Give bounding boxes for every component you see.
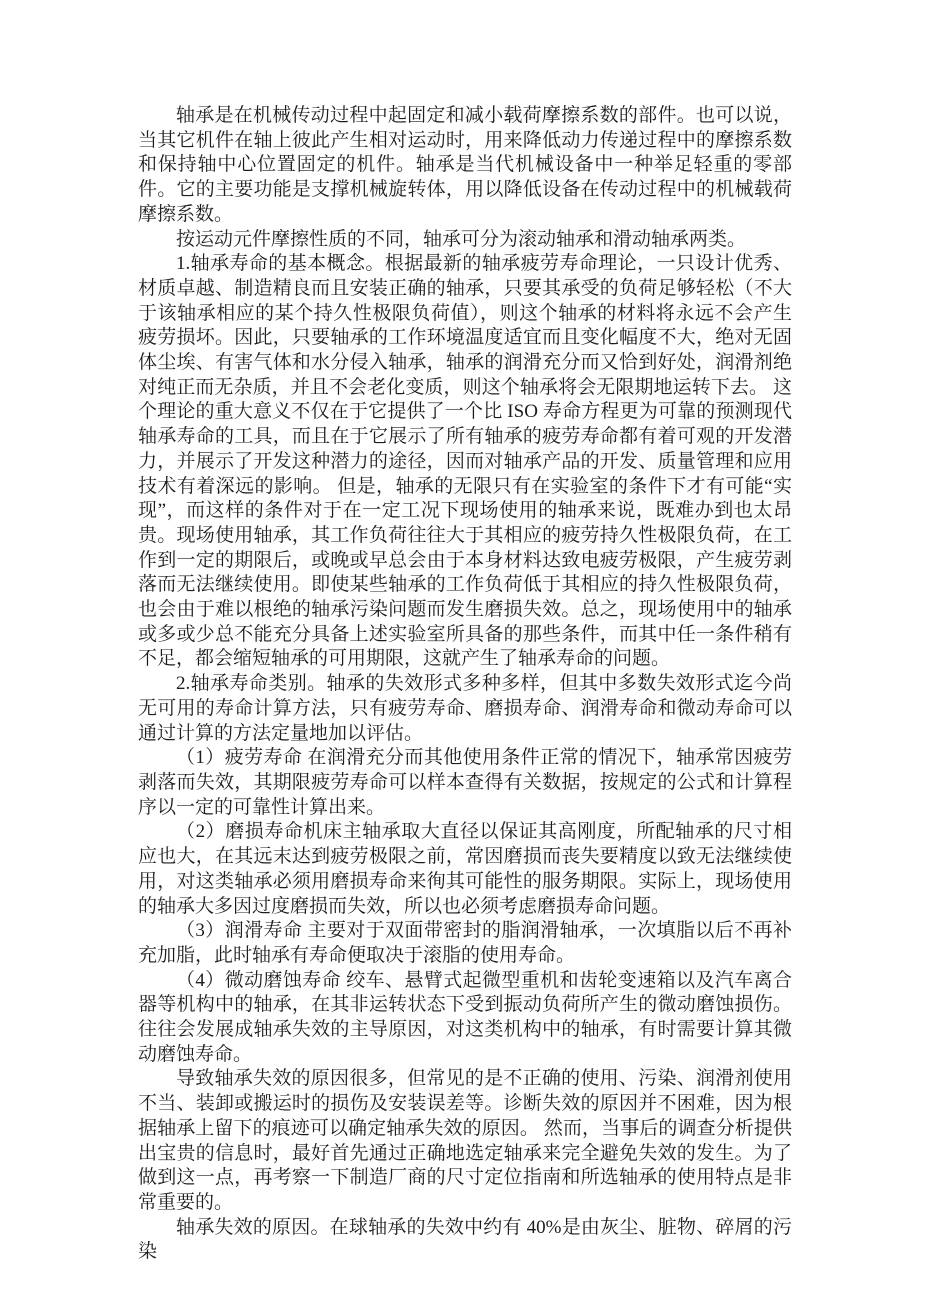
paragraph-life-categories: 2.轴承寿命类别。轴承的失效形式多种多样，但其中多数失效形式迄今尚无可用的寿命计… (138, 672, 792, 746)
paragraph-life-concept: 1.轴承寿命的基本概念。根据最新的轴承疲劳寿命理论，一只设计优秀、材质卓越、制造… (138, 252, 792, 672)
paragraph-failure-causes: 导致轴承失效的原因很多，但常见的是不正确的使用、污染、润滑剂使用不当、装卸或搬运… (138, 1067, 792, 1215)
paragraph-intro: 轴承是在机械传动过程中起固定和减小载荷摩擦系数的部件。也可以说，当其它机件在轴上… (138, 104, 792, 228)
paragraph-fatigue-life: （1）疲劳寿命 在润滑充分而其他使用条件正常的情况下，轴承常因疲劳剥落而失效，其… (138, 746, 792, 820)
paragraph-lubrication-life: （3）润滑寿命 主要对于双面带密封的脂润滑轴承，一次填脂以后不再补充加脂，此时轴… (138, 919, 792, 968)
paragraph-failure-reasons: 轴承失效的原因。在球轴承的失效中约有 40%是由灰尘、脏物、碎屑的污染 (138, 1216, 792, 1265)
paragraph-wear-life: （2）磨损寿命机床主轴承取大直径以保证其高刚度，所配轴承的尺寸相应也大，在其远末… (138, 820, 792, 919)
document-page: 轴承是在机械传动过程中起固定和减小载荷摩擦系数的部件。也可以说，当其它机件在轴上… (0, 0, 925, 1309)
paragraph-bearing-types: 按运动元件摩擦性质的不同，轴承可分为滚动轴承和滑动轴承两类。 (138, 228, 792, 253)
document-text-body: 轴承是在机械传动过程中起固定和减小载荷摩擦系数的部件。也可以说，当其它机件在轴上… (138, 104, 792, 1265)
paragraph-fretting-life: （4）微动磨蚀寿命 绞车、悬臂式起微型重机和齿轮变速箱以及汽车离合器等机构中的轴… (138, 969, 792, 1068)
